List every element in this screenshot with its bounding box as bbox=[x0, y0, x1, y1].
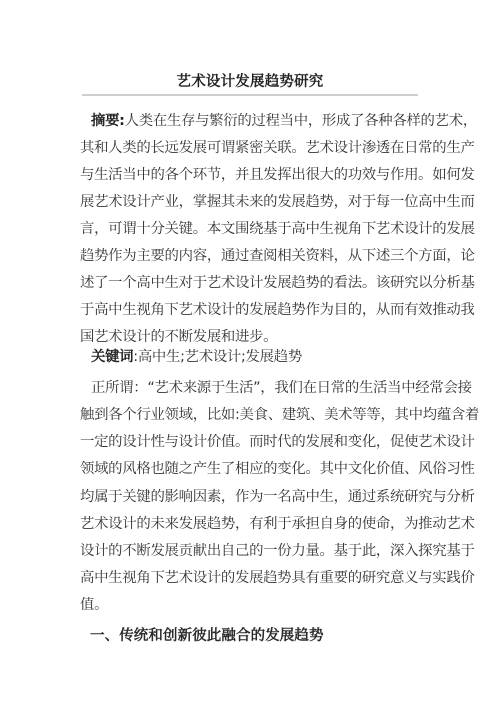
paragraph-line: 高中生视角下艺术设计的发展趋势具有重要的研究意义与实践价 bbox=[80, 569, 420, 587]
abstract-line: 展艺术设计产业，掌握其未来的发展趋势，对于每一位高中生而 bbox=[80, 193, 420, 211]
abstract-line: 言，可谓十分关键。本文围绕基于高中生视角下艺术设计的发展 bbox=[80, 220, 420, 238]
abstract-line: 国艺术设计的不断发展和进步。 bbox=[80, 328, 420, 346]
abstract-line: 于高中生视角下艺术设计的发展趋势作为目的，从而有效推动我 bbox=[80, 301, 420, 319]
abstract-line: 与生活当中的各个环节，并且发挥出很大的功效与作用。如何发 bbox=[80, 166, 420, 184]
abstract-line: 其和人类的长远发展可谓紧密关联。艺术设计渗透在日常的生产 bbox=[80, 139, 420, 157]
paragraph-line: 均属于关键的影响因素，作为一名高中生，通过系统研究与分析 bbox=[80, 488, 420, 506]
title-divider bbox=[82, 94, 418, 96]
paragraph-line: 领域的风格也随之产生了相应的变化。其中文化价值、风俗习性 bbox=[80, 460, 420, 478]
paragraph-line: 触到各个行业领域，比如:美食、建筑、美术等等，其中均蕴含着 bbox=[80, 406, 420, 424]
paragraph-line: 正所谓：“艺术来源于生活”，我们在日常的生活当中经常会接 bbox=[91, 379, 431, 397]
abstract-line: 述了一个高中生对于艺术设计发展趋势的看法。该研究以分析基 bbox=[80, 274, 420, 292]
abstract-line: 趋势作为主要的内容，通过查阅相关资料，从下述三个方面，论 bbox=[80, 247, 420, 265]
paragraph-line: 设计的不断发展贡献出自己的一份力量。基于此，深入探究基于 bbox=[80, 542, 420, 560]
keywords: 关键词:高中生;艺术设计;发展趋势 bbox=[91, 348, 431, 366]
keywords-value: :高中生;艺术设计;发展趋势 bbox=[133, 349, 302, 365]
abstract-line: 摘要:人类在生存与繁衍的过程当中，形成了各种各样的艺术， bbox=[91, 112, 431, 130]
keywords-label: 关键词 bbox=[91, 349, 133, 365]
document-title: 艺术设计发展趋势研究 bbox=[0, 70, 500, 91]
paragraph-line: 值。 bbox=[80, 596, 420, 614]
paragraph-line: 一定的设计性与设计价值。而时代的发展和变化，促使艺术设计 bbox=[80, 433, 420, 451]
section-heading: 一、传统和创新彼此融合的发展趋势 bbox=[90, 624, 324, 645]
paragraph-line: 艺术设计的未来发展趋势，有利于承担自身的使命，为推动艺术 bbox=[80, 515, 420, 533]
abstract-label: 摘要: bbox=[91, 113, 125, 129]
